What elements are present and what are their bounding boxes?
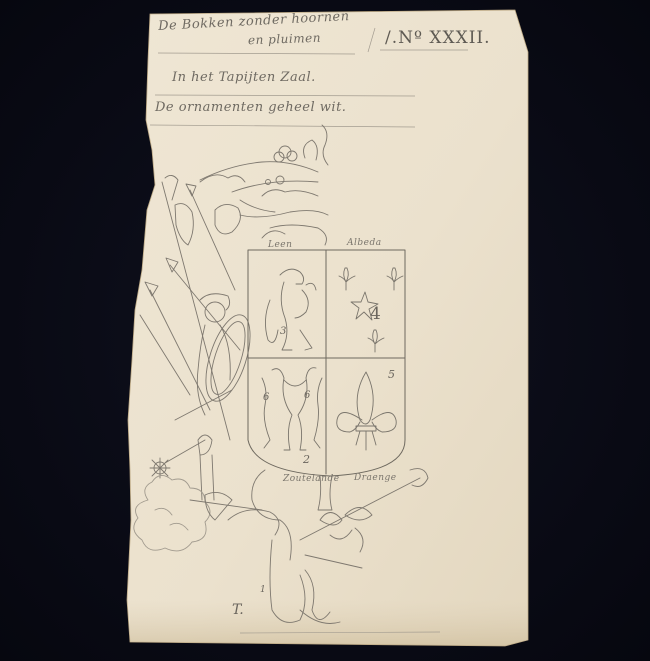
mark-quarter-2: 2 (303, 453, 310, 466)
quarter-label-top-left: Leen (268, 240, 292, 250)
quarter-label-top-right: Albeda (347, 238, 382, 248)
header-line-2: In het Tapijten Zaal. (172, 70, 316, 85)
quarter-label-bottom-right: Draenge (354, 473, 397, 483)
mark-base-1: 1 (260, 585, 266, 595)
mark-goat-6a: 6 (263, 392, 269, 403)
mark-quarter-5: 5 (388, 368, 395, 381)
mark-goat-6b: 6 (304, 390, 310, 401)
quarter-label-bottom-left: Zoutelande (283, 474, 340, 484)
mark-lion-3: 3 (280, 326, 286, 337)
mark-quarter-4: 4 (370, 304, 381, 324)
mark-base-T: T. (232, 602, 244, 618)
catalogue-number: /.Nº XXXII. (385, 28, 491, 48)
header-line-3: De ornamenten geheel wit. (155, 100, 346, 115)
header-line-1b: en pluimen (248, 31, 321, 48)
